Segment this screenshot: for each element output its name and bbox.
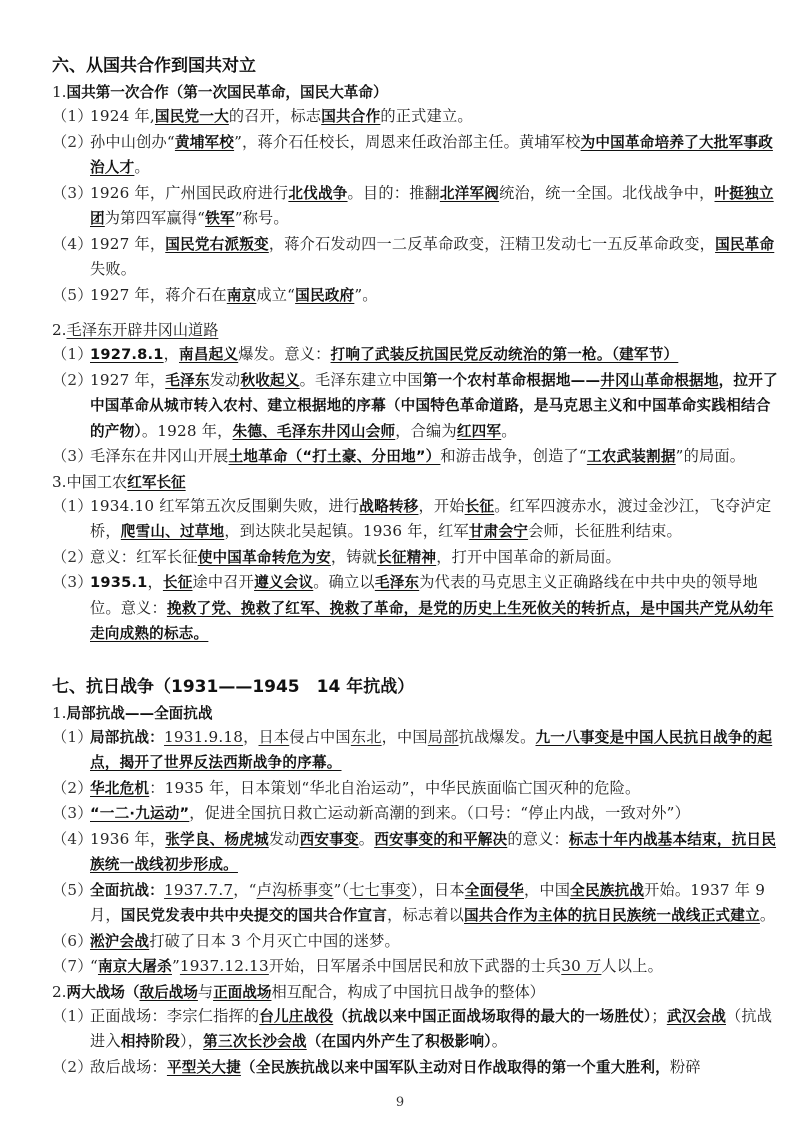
key-term: 长征 bbox=[163, 574, 193, 591]
item-number: （1） bbox=[52, 1004, 93, 1030]
key-term: 秋收起义 bbox=[240, 372, 299, 389]
section-spacer bbox=[52, 647, 782, 673]
subsection-heading: 1.局部抗战——全面抗战 bbox=[52, 701, 782, 725]
key-term: 井冈山革命根据地 bbox=[600, 372, 718, 389]
key-term: “一二·九运动” bbox=[90, 805, 189, 822]
key-term: 工农武装割据 bbox=[587, 448, 676, 465]
text-run: 两大战场（ bbox=[67, 984, 140, 1001]
text-run: ； bbox=[651, 1007, 666, 1025]
text-run: 3.中国工农 bbox=[52, 473, 127, 491]
text-run: ，铸就 bbox=[331, 548, 377, 566]
list-item: （7）“南京大屠杀”1937.12.13开始，日军屠杀中国居民和放下武器的士兵3… bbox=[52, 954, 782, 980]
text-run: 毛泽东在井冈山开展 bbox=[90, 447, 229, 465]
key-term: 北洋军阀 bbox=[440, 185, 499, 202]
list-item: （1）正面战场：李宗仁指挥的台儿庄战役（抗战以来中国正面战场取得的最大的一场胜仗… bbox=[52, 1004, 782, 1055]
key-term: 朱德、毛泽东井冈山会师 bbox=[233, 423, 396, 440]
text-run: 1934.10 红军第五次反围剿失败，进行 bbox=[90, 497, 359, 515]
list-item: （1）局部抗战：1931.9.18，日本侵占中国东北，中国局部抗战爆发。九一八事… bbox=[52, 725, 782, 776]
text-run: 1926 年，广州国民政府进行 bbox=[90, 184, 288, 202]
key-term: 东北 bbox=[351, 728, 382, 746]
text-run: ，中国 bbox=[382, 728, 428, 746]
text-run: ”（ bbox=[334, 881, 350, 899]
key-term: 爬雪山、过草地 bbox=[121, 523, 225, 540]
text-run: 正面战场：李宗仁指挥的 bbox=[90, 1007, 259, 1025]
key-term: 武汉会战 bbox=[667, 1008, 726, 1025]
text-run: （抗战以来中国正面战场取得的最大的一场胜仗） bbox=[333, 1008, 651, 1025]
key-term: 局部 bbox=[428, 728, 459, 746]
item-number: （1） bbox=[52, 342, 93, 368]
text-run: ， bbox=[164, 345, 179, 363]
list-item: （2）1927 年，毛泽东发动秋收起义。毛泽东建立中国第一个农村革命根据地——井… bbox=[52, 368, 782, 445]
item-number: （4） bbox=[52, 827, 93, 853]
text-run: ，合编为 bbox=[395, 422, 457, 440]
text-run: 局部抗战——全面抗战 bbox=[67, 705, 213, 722]
list-item: （1）1924 年,国民党一大的召开，标志国共合作的正式建立。 bbox=[52, 104, 782, 130]
key-term: 北伐战争 bbox=[288, 185, 347, 202]
item-number: （1） bbox=[52, 494, 93, 520]
text-run: ：1935 年，日本策划“华北自治运动”，中华民族面临亡国灭种的危险。 bbox=[149, 779, 640, 797]
list-item: （6）淞沪会战打破了日本 3 个月灭亡中国的迷梦。 bbox=[52, 929, 782, 955]
text-run: 孙中山创办“ bbox=[90, 133, 175, 151]
text-run: 1927 年， bbox=[90, 235, 165, 253]
item-number: （6） bbox=[52, 929, 93, 955]
text-run: 为第四军赢得“ bbox=[105, 209, 205, 227]
text-run: ），日本 bbox=[411, 881, 465, 899]
text-run: ”的局面。 bbox=[676, 447, 746, 465]
key-term: 正面战场 bbox=[213, 984, 271, 1001]
list-item: （3）毛泽东在井冈山开展土地革命（“打土豪、分田地”）和游击战争，创造了“工农武… bbox=[52, 444, 782, 470]
key-term: 国民党右派叛变 bbox=[165, 236, 269, 253]
item-number: （3） bbox=[52, 181, 93, 207]
item-number: （3） bbox=[52, 570, 93, 596]
key-term: 敌后战场 bbox=[139, 984, 197, 1001]
text-run: ，到达陕北吴起镇。1936 年，红军 bbox=[224, 522, 469, 540]
key-term: 张学良、杨虎城 bbox=[165, 831, 269, 848]
key-term: 黄埔军校 bbox=[175, 134, 234, 151]
key-term: 挽救了党、挽救了红军、挽救了革命，是党的历史上生死攸关的转折点，是中国共产党从幼… bbox=[90, 600, 774, 643]
key-term: 日本 bbox=[258, 728, 289, 746]
list-item: （5）全面抗战：1937.7.7，“卢沟桥事变”（七七事变），日本全面侵华，中国… bbox=[52, 878, 782, 929]
subsection-heading: 3.中国工农红军长征 bbox=[52, 470, 782, 494]
key-term: 国民政府 bbox=[295, 287, 354, 304]
text-run: （在国内外产生了积极影响） bbox=[307, 1033, 492, 1050]
text-run: 1. bbox=[52, 83, 67, 101]
item-number: （5） bbox=[52, 878, 93, 904]
text-run: ” bbox=[172, 957, 180, 975]
subsection-heading: 2.毛泽东开辟井冈山道路 bbox=[52, 318, 782, 342]
key-term: 国共合作 bbox=[321, 108, 380, 125]
text-run: 1. bbox=[52, 704, 67, 722]
subsection-spacer bbox=[52, 308, 782, 318]
text-run: 国民党发表中共中央提交的国共合作宣言 bbox=[121, 907, 387, 924]
key-term: 全面侵华 bbox=[465, 882, 524, 899]
text-run: ”。 bbox=[354, 286, 377, 304]
key-term: 战略转移 bbox=[359, 498, 418, 515]
text-run: 敌后战场： bbox=[90, 1058, 167, 1076]
list-item: （2）孙中山创办“黄埔军校”，蒋介石任校长，周恩来任政治部主任。黄埔军校为中国革… bbox=[52, 130, 782, 181]
key-term: 使中国革命转危为安 bbox=[198, 549, 331, 566]
key-term: 红四军 bbox=[457, 423, 501, 440]
text-run: ，开始 bbox=[418, 497, 464, 515]
key-term: 毛泽东 bbox=[375, 574, 419, 591]
item-number: （3） bbox=[52, 801, 93, 827]
subsection-heading: 1.国共第一次合作（第一次国民革命，国民大革命） bbox=[52, 80, 782, 104]
key-term: 西安事变的和平解决 bbox=[374, 831, 507, 848]
item-number: （1） bbox=[52, 104, 93, 130]
key-term: 国民党一大 bbox=[155, 108, 229, 125]
text-run: 意义：红军长征 bbox=[90, 548, 198, 566]
text-run: 。目的：推翻 bbox=[348, 184, 440, 202]
text-run: 发动 bbox=[210, 371, 241, 389]
item-number: （2） bbox=[52, 545, 93, 571]
text-run: 途中召开 bbox=[193, 573, 255, 591]
text-run: 打破了日本 3 个月灭亡中国的迷梦。 bbox=[149, 932, 400, 950]
list-item: （3）“一二·九运动”，促进全国抗日救亡运动新高潮的到来。（口号：“停止内战，一… bbox=[52, 801, 782, 827]
key-term: 国共合作为主体的抗日民族统一战线正式建立 bbox=[464, 907, 760, 924]
text-run: 侵占中国 bbox=[289, 728, 351, 746]
text-run: ”，蒋介石任校长，周恩来任政治部主任。黄埔军校 bbox=[234, 133, 581, 151]
key-term: 长征 bbox=[465, 498, 495, 515]
key-term: 遵义会议 bbox=[254, 574, 313, 591]
key-term: 西安事变 bbox=[300, 831, 359, 848]
page-number: 9 bbox=[0, 1095, 800, 1110]
key-term: 南京 bbox=[227, 287, 257, 304]
key-term: 毛泽东 bbox=[165, 372, 209, 389]
key-term: 毛泽东开辟井冈山道路 bbox=[67, 321, 219, 339]
text-run: ”称号。 bbox=[235, 209, 289, 227]
key-term: 华北危机 bbox=[90, 780, 149, 797]
item-number: （7） bbox=[52, 954, 93, 980]
key-term: 红军长征 bbox=[127, 474, 185, 491]
text-run: 的召开，标志 bbox=[229, 107, 321, 125]
item-number: （5） bbox=[52, 283, 93, 309]
key-term: 1931.9.18 bbox=[164, 728, 243, 746]
item-number: （2） bbox=[52, 368, 93, 394]
text-run: ，打开中国革命的新局面。 bbox=[436, 548, 621, 566]
key-term: 30 万 bbox=[561, 957, 601, 975]
subsection-heading: 2.两大战场（敌后战场与正面战场相互配合，构成了中国抗日战争的整体） bbox=[52, 980, 782, 1004]
text-run: ， bbox=[243, 728, 258, 746]
text-run: ，标志着以 bbox=[387, 906, 464, 924]
key-term: 南昌起义 bbox=[179, 346, 238, 363]
text-run: 局部抗战： bbox=[90, 729, 164, 746]
text-run: 和游击战争，创造了“ bbox=[440, 447, 586, 465]
text-run: 的意义： bbox=[507, 830, 569, 848]
item-number: （1） bbox=[52, 725, 93, 751]
text-run: ，促进全国抗日救亡运动新高潮的到来。（口号：“停止内战，一致对外”） bbox=[189, 804, 690, 822]
item-number: （2） bbox=[52, 776, 93, 802]
text-run: 抗战爆发。 bbox=[459, 728, 536, 746]
list-item: （2）意义：红军长征使中国革命转危为安，铸就长征精神，打开中国革命的新局面。 bbox=[52, 545, 782, 571]
text-run: 1927 年， bbox=[90, 371, 165, 389]
text-run: 相互配合，构成了中国抗日战争的整体） bbox=[271, 983, 544, 1001]
text-run: 粉碎 bbox=[670, 1058, 701, 1076]
key-term: 第三次长沙会战 bbox=[203, 1033, 307, 1050]
item-number: （2） bbox=[52, 130, 93, 156]
text-run: ，中国 bbox=[524, 881, 570, 899]
item-number: （3） bbox=[52, 444, 93, 470]
text-run: 与 bbox=[198, 983, 213, 1001]
text-run: 失败。 bbox=[90, 260, 136, 278]
text-run: 。 bbox=[134, 158, 149, 176]
text-run: 。 bbox=[359, 830, 374, 848]
text-run: 会师，长征胜利结束。 bbox=[528, 522, 682, 540]
key-term: 卢沟桥事变 bbox=[257, 881, 334, 899]
text-run: （全民族抗战以来中国军队主动对日作战取得的第一个重大胜利， bbox=[241, 1059, 670, 1076]
text-run: 。 bbox=[501, 422, 516, 440]
text-run: 发动 bbox=[269, 830, 300, 848]
list-item: （1）1927.8.1，南昌起义爆发。意义：打响了武装反抗国民党反动统治的第一枪… bbox=[52, 342, 782, 368]
text-run: 开始，日军屠杀中国居民和放下武器的士兵 bbox=[269, 957, 561, 975]
key-term: 平型关大捷 bbox=[167, 1059, 241, 1076]
text-run: 。毛泽东建立中国 bbox=[300, 371, 423, 389]
key-term: 台儿庄战役 bbox=[259, 1008, 333, 1025]
document-page: 六、从国共合作到国共对立1.国共第一次合作（第一次国民革命，国民大革命）（1）1… bbox=[52, 52, 782, 1080]
key-term: 打响了武装反抗国民党反动统治的第一枪。（建军节） bbox=[331, 346, 679, 363]
key-term: 1927.8.1 bbox=[90, 346, 164, 363]
text-run: 第一个农村革命根据地—— bbox=[423, 372, 601, 389]
text-run: 1924 年, bbox=[90, 107, 155, 125]
text-run: ，“ bbox=[233, 881, 256, 899]
key-term: 甘肃会宁 bbox=[469, 523, 528, 540]
section-title: 七、抗日战争（1931——1945 14 年抗战） bbox=[52, 673, 782, 701]
text-run: ，蒋介石发动四一二反革命政变，汪精卫发动七一五反革命政变， bbox=[269, 235, 715, 253]
text-run: 统治，统一全国。北伐战争中， bbox=[499, 184, 714, 202]
text-run: 国共第一次合作（第一次国民革命，国民大革命） bbox=[67, 84, 388, 101]
list-item: （2）华北危机：1935 年，日本策划“华北自治运动”，中华民族面临亡国灭种的危… bbox=[52, 776, 782, 802]
text-run: 1935.1 bbox=[90, 574, 148, 591]
key-term: 1937.7.7 bbox=[164, 881, 233, 899]
key-term: 铁军 bbox=[205, 210, 235, 227]
text-run: 2. bbox=[52, 983, 67, 1001]
key-term: 七七事变 bbox=[349, 881, 411, 899]
list-item: （3）1926 年，广州国民政府进行北伐战争。目的：推翻北洋军阀统治，统一全国。… bbox=[52, 181, 782, 232]
list-item: （1）1934.10 红军第五次反围剿失败，进行战略转移，开始长征。红军四渡赤水… bbox=[52, 494, 782, 545]
text-run: 2. bbox=[52, 321, 67, 339]
text-run: 爆发。意义： bbox=[238, 345, 330, 363]
text-run: ）， bbox=[180, 1032, 203, 1050]
text-run: 1936 年， bbox=[90, 830, 165, 848]
key-term: 国民革命 bbox=[715, 236, 774, 253]
text-run: 。1928 年， bbox=[142, 422, 233, 440]
list-item: （4）1936 年，张学良、杨虎城发动西安事变。西安事变的和平解决的意义：标志十… bbox=[52, 827, 782, 878]
text-run: ， bbox=[148, 573, 163, 591]
text-run: 人以上。 bbox=[601, 957, 663, 975]
key-term: 1937.12.13 bbox=[180, 957, 269, 975]
key-term: 淞沪会战 bbox=[90, 933, 149, 950]
item-number: （4） bbox=[52, 232, 93, 258]
key-term: 南京大屠杀 bbox=[98, 958, 172, 975]
text-run: 全面抗战： bbox=[90, 882, 164, 899]
section-title: 六、从国共合作到国共对立 bbox=[52, 52, 782, 80]
list-item: （5）1927 年，蒋介石在南京成立“国民政府”。 bbox=[52, 283, 782, 309]
text-run: 。 bbox=[492, 1032, 507, 1050]
text-run: 的正式建立。 bbox=[380, 107, 472, 125]
list-item: （4）1927 年，国民党右派叛变，蒋介石发动四一二反革命政变，汪精卫发动七一五… bbox=[52, 232, 782, 283]
key-term: 长征精神 bbox=[377, 549, 436, 566]
text-run: 成立“ bbox=[256, 286, 295, 304]
key-term: 土地革命（“打土豪、分田地”） bbox=[229, 448, 441, 465]
text-run: 。确立以 bbox=[313, 573, 375, 591]
text-run: 相持阶段 bbox=[121, 1033, 180, 1050]
key-term: 全民族抗战 bbox=[570, 882, 644, 899]
item-number: （2） bbox=[52, 1055, 93, 1081]
text-run: 。 bbox=[760, 906, 775, 924]
text-run: 1927 年，蒋介石在 bbox=[90, 286, 227, 304]
list-item: （2）敌后战场：平型关大捷（全民族抗战以来中国军队主动对日作战取得的第一个重大胜… bbox=[52, 1055, 782, 1081]
list-item: （3）1935.1，长征途中召开遵义会议。确立以毛泽东为代表的马克思主义正确路线… bbox=[52, 570, 782, 647]
